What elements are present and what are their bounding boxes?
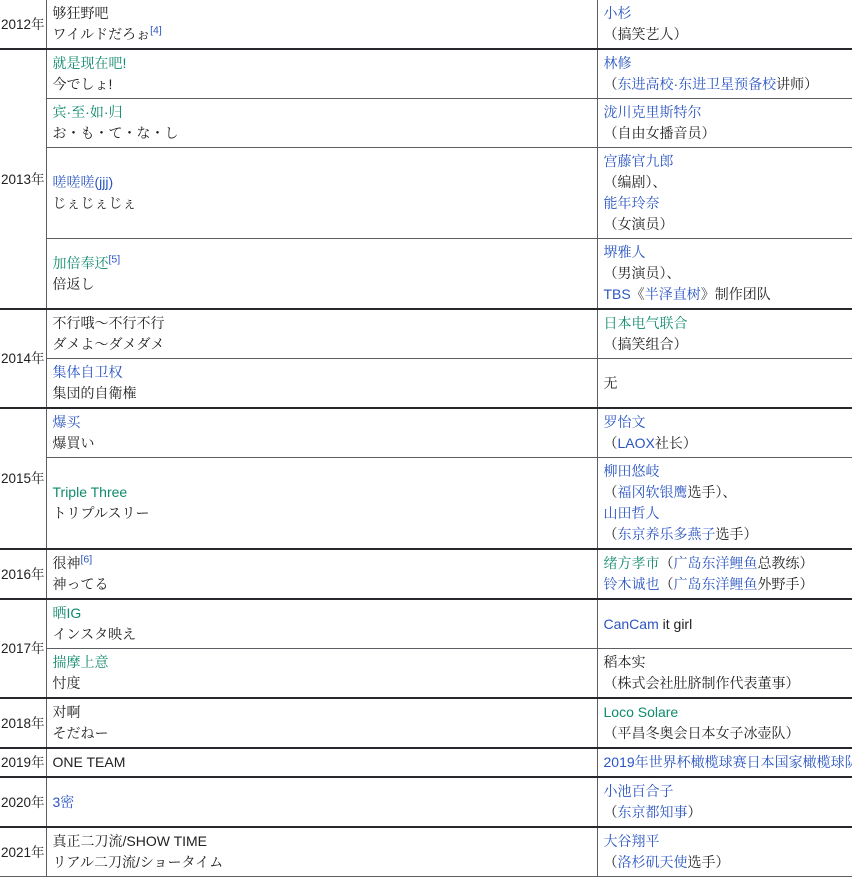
cell-line: （株式会社肚脐制作代表董事） <box>604 673 846 694</box>
cell-line: （平昌冬奥会日本女子冰壶队） <box>604 723 846 744</box>
text: （搞笑艺人） <box>604 26 688 42</box>
wiki-link[interactable]: 柳田悠岐 <box>604 463 660 479</box>
cell-line: 真正二刀流/SHOW TIME <box>53 831 591 852</box>
year-cell: 2012年 <box>0 0 46 49</box>
reference-link-anchor[interactable]: [4] <box>150 24 162 36</box>
wiki-link[interactable]: 泷川克里斯特尔 <box>604 104 702 120</box>
table-row: 2018年对啊そだねーLoco Solare（平昌冬奥会日本女子冰壶队） <box>0 698 852 748</box>
text: 神ってる <box>53 576 109 592</box>
buzzwords-table: 2012年够狂野吧ワイルドだろぉ[4]小杉（搞笑艺人）2013年就是现在吧!今で… <box>0 0 852 877</box>
wiki-link[interactable]: 东进高校·东进卫星预备校 <box>618 76 777 92</box>
text: 稻本实 <box>604 654 646 670</box>
cell-line: （编剧）、 <box>604 172 846 193</box>
text: 够狂野吧 <box>53 5 109 21</box>
winner-cell: 宫藤官九郎（编剧）、能年玲奈（女演员） <box>597 148 852 239</box>
cell-line: 晒IG <box>53 603 591 624</box>
winner-cell: CanCam it girl <box>597 599 852 649</box>
word-cell: 加倍奉还[5]倍返し <box>46 239 597 310</box>
word-cell: 不行哦～不行不行ダメよ～ダメダメ <box>46 309 597 359</box>
text: （编剧）、 <box>604 174 667 190</box>
wiki-link[interactable]: 就是现在吧! <box>53 55 127 71</box>
text: トリプルスリー <box>53 505 150 521</box>
cell-line: （LAOX社长） <box>604 433 846 454</box>
cell-line: （东京养乐多燕子选手） <box>604 524 846 545</box>
year-cell: 2021年 <box>0 827 46 877</box>
cell-line: 柳田悠岐 <box>604 461 846 482</box>
cell-line: 宾·至·如·归 <box>53 102 591 123</box>
wiki-link[interactable]: 能年玲奈 <box>604 195 660 211</box>
cell-line: 够狂野吧 <box>53 3 591 24</box>
cell-line: （女演员） <box>604 214 846 235</box>
cell-line: じぇじぇじぇ <box>53 193 591 214</box>
wiki-link[interactable]: 日本电气联合 <box>604 315 688 331</box>
text: （ <box>660 555 674 571</box>
cell-line: 不行哦～不行不行 <box>53 313 591 334</box>
text: 对啊 <box>53 704 81 720</box>
year-cell: 2019年 <box>0 748 46 777</box>
winner-cell: 林修（东进高校·东进卫星预备校讲师） <box>597 49 852 99</box>
cell-line: TBS《半泽直树》制作团队 <box>604 284 846 305</box>
text: そだねー <box>53 725 109 741</box>
table-row: Triple Threeトリプルスリー柳田悠岐（福冈软银鹰选手）、山田哲人（东京… <box>0 458 852 550</box>
table-row: 集体自卫权集団的自衛権无 <box>0 359 852 409</box>
table-row: 2012年够狂野吧ワイルドだろぉ[4]小杉（搞笑艺人） <box>0 0 852 49</box>
table-row: 2017年晒IGインスタ映えCanCam it girl <box>0 599 852 649</box>
cell-line: インスタ映え <box>53 624 591 645</box>
cell-line: 能年玲奈 <box>604 193 846 214</box>
cell-line: ワイルドだろぉ[4] <box>53 24 591 45</box>
table-row: 加倍奉还[5]倍返し堺雅人（男演员）、TBS《半泽直树》制作团队 <box>0 239 852 310</box>
text: （ <box>604 484 618 500</box>
text: （搞笑组合） <box>604 336 688 352</box>
wiki-link[interactable]: 小杉 <box>604 5 632 21</box>
wiki-link[interactable]: 爆买 <box>53 414 81 430</box>
word-cell: 就是现在吧!今でしょ! <box>46 49 597 99</box>
cell-line: 铃木诚也（广岛东洋鲤鱼外野手） <box>604 574 846 595</box>
text: 选手）、 <box>688 484 737 500</box>
cell-line: リアル二刀流/ショータイム <box>53 852 591 873</box>
winner-cell: 堺雅人（男演员）、TBS《半泽直树》制作团队 <box>597 239 852 310</box>
year-label: 2013年 <box>1 172 45 187</box>
text: 选手） <box>716 526 758 542</box>
table-row: 2015年爆买爆買い罗怡文（LAOX社长） <box>0 408 852 458</box>
wiki-link[interactable]: Triple Three <box>53 484 128 500</box>
winner-cell: 日本电气联合（搞笑组合） <box>597 309 852 359</box>
year-cell: 2015年 <box>0 408 46 549</box>
wiki-link[interactable]: 绪方孝市 <box>604 555 660 571</box>
year-cell: 2013年 <box>0 49 46 309</box>
text: （ <box>604 76 618 92</box>
cell-line: 日本电气联合 <box>604 313 846 334</box>
word-cell: 够狂野吧ワイルドだろぉ[4] <box>46 0 597 49</box>
text: ダメよ～ダメダメ <box>53 336 165 352</box>
cell-line: 今でしょ! <box>53 74 591 95</box>
cell-line: 大谷翔平 <box>604 831 846 852</box>
winner-cell: Loco Solare（平昌冬奥会日本女子冰壶队） <box>597 698 852 748</box>
word-cell: 3密 <box>46 777 597 827</box>
table-row: 揣摩上意忖度稻本实（株式会社肚脐制作代表董事） <box>0 649 852 699</box>
text: ） <box>688 804 702 820</box>
text: 讲师） <box>776 76 818 92</box>
wiki-link[interactable]: Loco Solare <box>604 704 679 720</box>
table-row: 2014年不行哦～不行不行ダメよ～ダメダメ日本电气联合（搞笑组合） <box>0 309 852 359</box>
winner-cell: 小杉（搞笑艺人） <box>597 0 852 49</box>
year-label: 2018年 <box>1 716 45 731</box>
text: 集団的自衛権 <box>53 385 137 401</box>
word-cell: ONE TEAM <box>46 748 597 777</box>
year-label: 2015年 <box>1 471 45 486</box>
winner-cell: 稻本实（株式会社肚脐制作代表董事） <box>597 649 852 699</box>
cell-line: 林修 <box>604 53 846 74</box>
cell-line: 嗟嗟嗟(jjj) <box>53 172 591 193</box>
cell-line: 小池百合子 <box>604 781 846 802</box>
wiki-link[interactable]: 东京养乐多燕子 <box>618 526 716 542</box>
cell-line: 小杉 <box>604 3 846 24</box>
cell-line: ONE TEAM <box>53 752 591 773</box>
word-cell: Triple Threeトリプルスリー <box>46 458 597 550</box>
text: （女演员） <box>604 216 674 232</box>
year-label: 2019年 <box>1 755 45 770</box>
text: 今でしょ! <box>53 76 113 92</box>
cell-line: 集団的自衛権 <box>53 383 591 404</box>
text: （平昌冬奥会日本女子冰壶队） <box>604 725 800 741</box>
text: ワイルドだろぉ <box>53 26 151 42</box>
wiki-link[interactable]: 东京都知事 <box>618 804 688 820</box>
cell-line: （福冈软银鹰选手）、 <box>604 482 846 503</box>
wiki-link[interactable]: 3密 <box>53 794 75 810</box>
winner-cell: 柳田悠岐（福冈软银鹰选手）、山田哲人（东京养乐多燕子选手） <box>597 458 852 550</box>
wiki-link[interactable]: 福冈软银鹰 <box>618 484 688 500</box>
cell-line: 很神[6] <box>53 553 591 574</box>
table-row: 2013年就是现在吧!今でしょ!林修（东进高校·东进卫星预备校讲师） <box>0 49 852 99</box>
text: 社长） <box>655 435 697 451</box>
cell-line: （男演员）、 <box>604 263 846 284</box>
winner-cell: 无 <box>597 359 852 409</box>
cell-line: 稻本实 <box>604 652 846 673</box>
winner-cell: 大谷翔平（洛杉矶天使选手） <box>597 827 852 877</box>
cell-line: 对啊 <box>53 702 591 723</box>
wiki-link[interactable]: CanCam <box>604 616 659 632</box>
cell-line: （自由女播音员） <box>604 123 846 144</box>
wiki-link[interactable]: 集体自卫权 <box>53 364 123 380</box>
cell-line: 神ってる <box>53 574 591 595</box>
cell-line: CanCam it girl <box>604 614 846 635</box>
cell-line: 3密 <box>53 792 591 813</box>
year-label: 2017年 <box>1 641 45 656</box>
word-cell: 嗟嗟嗟(jjj)じぇじぇじぇ <box>46 148 597 239</box>
cell-line: （洛杉矶天使选手） <box>604 852 846 873</box>
winner-cell: 2019年世界杯橄榄球赛日本国家橄榄球队 <box>597 748 852 777</box>
text: リアル二刀流/ショータイム <box>53 854 224 870</box>
table-row: 2020年3密小池百合子（东京都知事） <box>0 777 852 827</box>
cell-line: 堺雅人 <box>604 242 846 263</box>
cell-line: 爆買い <box>53 433 591 454</box>
table-row: 2016年很神[6]神ってる绪方孝市（广岛东洋鲤鱼总教练）铃木诚也（广岛东洋鲤鱼… <box>0 549 852 599</box>
cell-line: トリプルスリー <box>53 503 591 524</box>
year-label: 2020年 <box>1 795 45 810</box>
cell-line: 山田哲人 <box>604 503 846 524</box>
text: （ <box>604 854 618 870</box>
reference-link[interactable]: [5] <box>109 253 121 265</box>
cell-line: 宫藤官九郎 <box>604 151 846 172</box>
wiki-link[interactable]: LAOX <box>618 435 655 451</box>
word-cell: 晒IGインスタ映え <box>46 599 597 649</box>
year-label: 2014年 <box>1 351 45 366</box>
cell-line: 无 <box>604 373 846 394</box>
year-cell: 2017年 <box>0 599 46 698</box>
table-row: 2021年真正二刀流/SHOW TIMEリアル二刀流/ショータイム大谷翔平（洛杉… <box>0 827 852 877</box>
year-cell: 2018年 <box>0 698 46 748</box>
text: （ <box>604 435 618 451</box>
text: お・も・て・な・し <box>53 125 179 141</box>
reference-link[interactable]: [6] <box>81 553 93 565</box>
text: （株式会社肚脐制作代表董事） <box>604 675 800 691</box>
cell-line: Loco Solare <box>604 702 846 723</box>
wiki-link[interactable]: 铃木诚也 <box>604 576 660 592</box>
wiki-link[interactable]: 山田哲人 <box>604 505 660 521</box>
text: インスタ映え <box>53 626 137 642</box>
cell-line: （搞笑组合） <box>604 334 846 355</box>
cell-line: 倍返し <box>53 274 591 295</box>
table-row: 宾·至·如·归お・も・て・な・し泷川克里斯特尔（自由女播音员） <box>0 99 852 148</box>
year-cell: 2014年 <box>0 309 46 408</box>
wiki-link[interactable]: 罗怡文 <box>604 414 646 430</box>
cell-line: ダメよ～ダメダメ <box>53 334 591 355</box>
text: 无 <box>604 375 618 391</box>
cell-line: （东进高校·东进卫星预备校讲师） <box>604 74 846 95</box>
word-cell: 真正二刀流/SHOW TIMEリアル二刀流/ショータイム <box>46 827 597 877</box>
cell-line: 2019年世界杯橄榄球赛日本国家橄榄球队 <box>604 752 846 773</box>
winner-cell: 小池百合子（东京都知事） <box>597 777 852 827</box>
text: 倍返し <box>53 276 95 292</box>
cell-line: （搞笑艺人） <box>604 24 846 45</box>
text: 不行哦～不行不行 <box>53 315 165 331</box>
text: （ <box>660 576 674 592</box>
cell-line: 揣摩上意 <box>53 652 591 673</box>
cell-line: 绪方孝市（广岛东洋鲤鱼总教练） <box>604 553 846 574</box>
text: （自由女播音员） <box>604 125 716 141</box>
wiki-link[interactable]: 广岛东洋鲤鱼 <box>674 576 758 592</box>
text: 忖度 <box>53 675 81 691</box>
text: （男演员）、 <box>604 265 681 281</box>
year-label: 2012年 <box>1 17 45 32</box>
text: 《 <box>631 286 645 302</box>
cell-line: 罗怡文 <box>604 412 846 433</box>
word-cell: 宾·至·如·归お・も・て・な・し <box>46 99 597 148</box>
cell-line: お・も・て・な・し <box>53 123 591 144</box>
wiki-link[interactable]: 广岛东洋鲤鱼 <box>674 555 758 571</box>
year-label: 2021年 <box>1 845 45 860</box>
text: 选手） <box>688 854 730 870</box>
wiki-link[interactable]: 宫藤官九郎 <box>604 153 674 169</box>
text: 爆買い <box>53 435 95 451</box>
text: 》制作团队 <box>701 286 771 302</box>
wiki-link[interactable]: 揣摩上意 <box>53 654 109 670</box>
wiki-link[interactable]: 宾·至·如·归 <box>53 104 123 120</box>
reference-link[interactable]: [4] <box>150 24 162 36</box>
wiki-link[interactable]: 洛杉矶天使 <box>618 854 688 870</box>
buzzwords-table-body: 2012年够狂野吧ワイルドだろぉ[4]小杉（搞笑艺人）2013年就是现在吧!今で… <box>0 0 852 877</box>
wiki-link[interactable]: 小池百合子 <box>604 783 674 799</box>
table-row: 2019年ONE TEAM2019年世界杯橄榄球赛日本国家橄榄球队 <box>0 748 852 777</box>
cell-line: 爆买 <box>53 412 591 433</box>
winner-cell: 绪方孝市（广岛东洋鲤鱼总教练）铃木诚也（广岛东洋鲤鱼外野手） <box>597 549 852 599</box>
wiki-link[interactable]: 堺雅人 <box>604 244 646 260</box>
word-cell: 集体自卫权集団的自衛権 <box>46 359 597 409</box>
cell-line: 忖度 <box>53 673 591 694</box>
year-cell: 2020年 <box>0 777 46 827</box>
wiki-link[interactable]: 晒IG <box>53 605 82 621</box>
word-cell: 很神[6]神ってる <box>46 549 597 599</box>
wiki-link[interactable]: 2019年世界杯橄榄球赛日本国家橄榄球队 <box>604 754 852 770</box>
year-label: 2016年 <box>1 567 45 582</box>
reference-link-anchor[interactable]: [6] <box>81 553 93 565</box>
cell-line: 就是现在吧! <box>53 53 591 74</box>
cell-line: 集体自卫权 <box>53 362 591 383</box>
text: it girl <box>659 616 692 632</box>
text: ONE TEAM <box>53 754 126 770</box>
text: じぇじぇじぇ <box>53 195 137 211</box>
wiki-link[interactable]: 嗟嗟嗟(jjj) <box>53 174 114 190</box>
cell-line: 加倍奉还[5] <box>53 253 591 274</box>
winner-cell: 泷川克里斯特尔（自由女播音员） <box>597 99 852 148</box>
word-cell: 爆买爆買い <box>46 408 597 458</box>
text: （ <box>604 804 618 820</box>
wiki-link[interactable]: 加倍奉还 <box>53 255 109 271</box>
reference-link-anchor[interactable]: [5] <box>109 253 121 265</box>
cell-line: 泷川克里斯特尔 <box>604 102 846 123</box>
text: 真正二刀流/SHOW TIME <box>53 833 208 849</box>
text: （ <box>604 526 618 542</box>
text: 很神 <box>53 555 81 571</box>
year-cell: 2016年 <box>0 549 46 599</box>
wiki-link[interactable]: 林修 <box>604 55 632 71</box>
word-cell: 揣摩上意忖度 <box>46 649 597 699</box>
text: 外野手） <box>758 576 814 592</box>
cell-line: そだねー <box>53 723 591 744</box>
winner-cell: 罗怡文（LAOX社长） <box>597 408 852 458</box>
wiki-link[interactable]: TBS <box>604 286 631 302</box>
text: 总教练） <box>758 555 814 571</box>
table-row: 嗟嗟嗟(jjj)じぇじぇじぇ宫藤官九郎（编剧）、能年玲奈（女演员） <box>0 148 852 239</box>
wiki-link[interactable]: 大谷翔平 <box>604 833 660 849</box>
wiki-link[interactable]: 半泽直树 <box>645 286 701 302</box>
word-cell: 对啊そだねー <box>46 698 597 748</box>
cell-line: Triple Three <box>53 482 591 503</box>
cell-line: （东京都知事） <box>604 802 846 823</box>
